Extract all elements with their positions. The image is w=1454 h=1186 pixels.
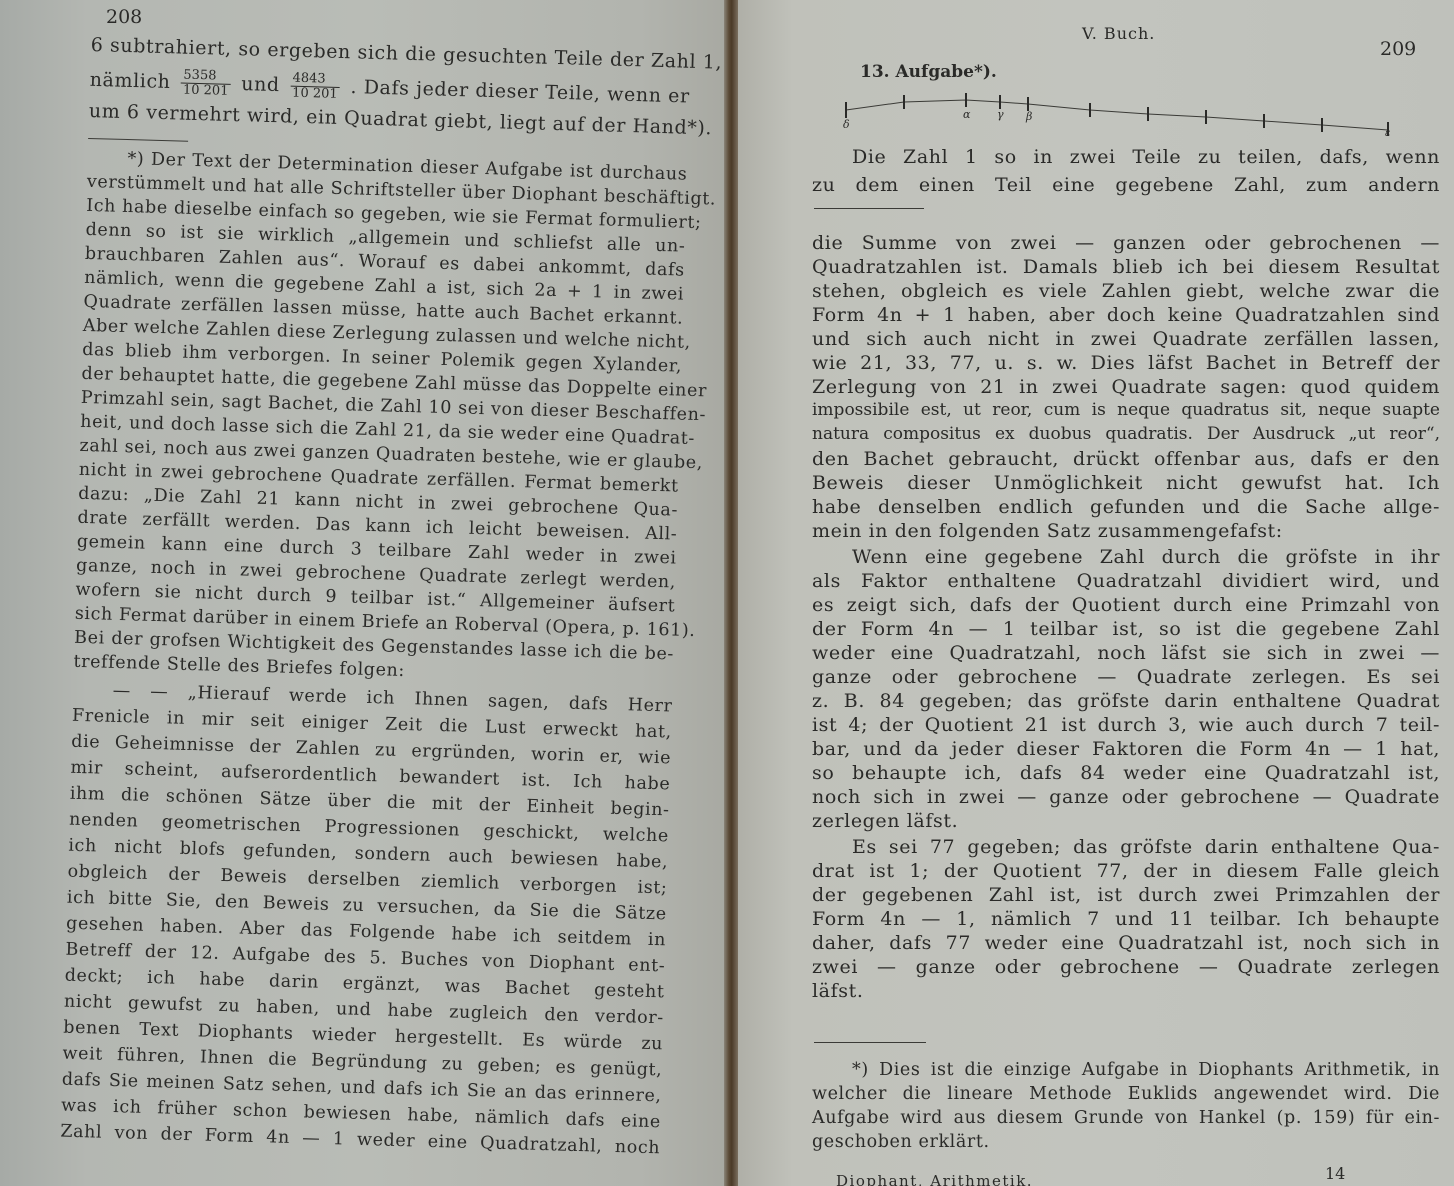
footnote-line: Es sei 77 gegeben; das gröfste darin ent… — [812, 836, 1440, 858]
footnote-rule — [814, 1042, 926, 1043]
footnote-line: welcher die lineare Methode Euklids ange… — [812, 1084, 1440, 1104]
problem-line: Die Zahl 1 so in zwei Teile zu teilen, d… — [812, 146, 1440, 168]
footnote-line: es zeigt sich, dafs der Quotient durch e… — [812, 594, 1440, 616]
footnote-line: die Summe von zwei — ganzen oder gebroch… — [812, 232, 1440, 254]
footnote-line: geschoben erklärt. — [812, 1132, 1440, 1152]
footnote-line: daher, dafs 77 weder eine Quadratzahl is… — [812, 932, 1440, 954]
footnote-line: bar, und da jeder dieser Faktoren die Fo… — [812, 738, 1440, 760]
footnote-line: habe denselben endlich gefunden und die … — [812, 496, 1440, 518]
diagram-label-delta: δ — [843, 118, 850, 131]
footnote-line: zerlegen läfst. — [812, 810, 1440, 832]
problem-heading: 13. Aufgabe*). — [860, 62, 997, 82]
diagram-label-epsilon: ε — [1385, 128, 1390, 139]
footnote-line: Beweis dieser Unmöglichkeit nicht gewufs… — [812, 472, 1440, 494]
footnote-line: drat ist 1; der Quotient 77, der in dies… — [812, 860, 1440, 882]
footnote-line: natura compositus ex duobus quadratis. D… — [812, 424, 1440, 444]
footnote-line: Form 4n — 1, nämlich 7 und 11 teilbar. I… — [812, 908, 1440, 930]
footnote-line: noch sich in zwei — ganze oder gebrochen… — [812, 786, 1440, 808]
text-dafs-jeder: . Dafs jeder dieser Teile, wenn er — [350, 76, 690, 107]
line-segment-diagram — [842, 92, 1398, 142]
footnote-line: Quadratzahlen ist. Damals blieb ich bei … — [812, 256, 1440, 278]
footnote-line: den Bachet gebraucht, drückt offenbar au… — [812, 448, 1440, 470]
footnote-line: zwei — ganze oder gebrochene — Quadrate … — [812, 956, 1440, 978]
footnote-line: der gegebenen Zahl ist, ist durch zwei P… — [812, 884, 1440, 906]
footnote-line: *) Dies ist die einzige Aufgabe in Dioph… — [812, 1060, 1440, 1080]
book-gutter — [724, 0, 738, 1186]
footnote-line: läfst. — [812, 980, 1440, 1002]
footnote-line: Wenn eine gegebene Zahl durch die gröfst… — [812, 546, 1440, 568]
book-spread: 208 6 subtrahiert, so ergeben sich die g… — [0, 0, 1454, 1186]
diagram-label-alpha: α — [963, 108, 970, 121]
sheet-signature: Diophant, Arithmetik. — [836, 1172, 1033, 1186]
text-und: und — [241, 73, 280, 96]
footnote-line: stehen, obgleich es viele Zahlen giebt, … — [812, 280, 1440, 302]
footnote-line: Zerlegung von 21 in zwei Quadrate sagen:… — [812, 376, 1440, 398]
footnote-line: z. B. 84 gegeben; das gröfste darin enth… — [812, 690, 1440, 712]
footnote-rule — [814, 208, 924, 209]
footnote-line: wie 21, 33, 77, u. s. w. Dies läfst Bach… — [812, 352, 1440, 374]
page-number-right: 209 — [1380, 38, 1416, 60]
problem-line: zu dem einen Teil eine gegebene Zahl, zu… — [812, 174, 1440, 196]
footnote-line: impossibile est, ut reor, cum is neque q… — [812, 400, 1440, 420]
footnote-line: mein in den folgenden Satz zusammengefaf… — [812, 520, 1440, 542]
diagram-label-beta: β — [1026, 110, 1032, 123]
footnote-line: Aufgabe wird aus diesem Grunde von Hanke… — [812, 1108, 1440, 1128]
footnote-line: und sich auch nicht in zwei Quadrate zer… — [812, 328, 1440, 350]
fraction-1: 535810 201 — [181, 69, 231, 100]
fraction-1-denominator: 10 201 — [181, 84, 231, 100]
footnote-line: ganze oder gebrochene — Quadrate zerlege… — [812, 666, 1440, 688]
page-number-left: 208 — [106, 6, 142, 28]
sheet-number: 14 — [1325, 1164, 1345, 1183]
footnote-line: als Faktor enthaltene Quadratzahl dividi… — [812, 570, 1440, 592]
fraction-2: 484310 201 — [290, 72, 340, 103]
footnote-line: der Form 4n — 1 teilbar ist, so ist die … — [812, 618, 1440, 640]
diagram-label-gamma: γ — [997, 108, 1004, 121]
running-head: V. Buch. — [1082, 24, 1155, 43]
footnote-line: Form 4n + 1 haben, aber doch keine Quadr… — [812, 304, 1440, 326]
fraction-2-denominator: 10 201 — [290, 87, 340, 103]
text-naemlich: nämlich — [89, 69, 170, 93]
footnote-line: so behaupte ich, dafs 84 weder eine Quad… — [812, 762, 1440, 784]
footnote-line: ist 4; der Quotient 21 ist durch 3, wie … — [812, 714, 1440, 736]
footnote-line: weder eine Quadratzahl, noch läfst sie s… — [812, 642, 1440, 664]
